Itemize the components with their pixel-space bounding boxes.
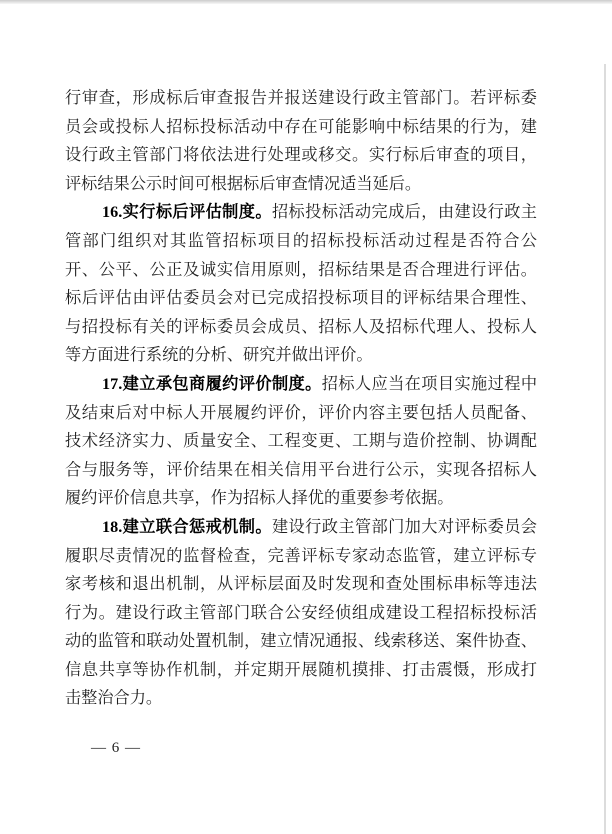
text-line: 管部门组织对其监管招标项目的招标投标活动过程是否符合公: [65, 227, 537, 256]
text-line: 标后评估由评估委员会对已完成招投标项目的评标结果合理性、: [65, 284, 537, 313]
paragraph-heading-18: 18.建立联合惩戒机制。: [102, 518, 272, 536]
text-line-body: 建设行政主管部门加大对评标委员会: [272, 518, 537, 536]
text-line: 及结束后对中标人开展履约评价，评价内容主要包括人员配备、: [65, 399, 537, 428]
text-line: 履约评价信息共享，作为招标人择优的重要参考依据。: [65, 484, 537, 513]
text-line: 击整治合力。: [65, 684, 537, 713]
paragraph-heading-17: 17.建立承包商履约评价制度。: [102, 375, 322, 393]
text-line: 员会或投标人招标投标活动中存在可能影响中标结果的行为，建: [65, 113, 537, 142]
text-line: 17.建立承包商履约评价制度。招标人应当在项目实施过程中: [65, 370, 537, 399]
text-line: 等方面进行系统的分析、研究并做出评价。: [65, 341, 537, 370]
text-line: 行为。建设行政主管部门联合公安经侦组成建设工程招标投标活: [65, 599, 537, 628]
text-line: 评标结果公示时间可根据标后审查情况适当延后。: [65, 170, 537, 199]
text-line: 行审查，形成标后审查报告并报送建设行政主管部门。若评标委: [65, 84, 537, 113]
text-line: 16.实行标后评估制度。招标投标活动完成后，由建设行政主: [65, 198, 537, 227]
text-line: 家考核和退出机制，从评标层面及时发现和查处围标串标等违法: [65, 570, 537, 599]
text-line: 信息共享等协作机制，并定期开展随机摸排、打击震慑，形成打: [65, 656, 537, 685]
text-line-body: 招标投标活动完成后，由建设行政主: [272, 203, 537, 221]
page-number: — 6 —: [91, 739, 141, 757]
document-page: 行审查，形成标后审查报告并报送建设行政主管部门。若评标委 员会或投标人招标投标活…: [0, 0, 612, 834]
text-line: 18.建立联合惩戒机制。建设行政主管部门加大对评标委员会: [65, 513, 537, 542]
text-line: 设行政主管部门将依法进行处理或移交。实行标后审查的项目，: [65, 141, 537, 170]
text-line: 动的监管和联动处置机制，建立情况通报、线索移送、案件协查、: [65, 627, 537, 656]
text-line: 合与服务等，评价结果在相关信用平台进行公示，实现各招标人: [65, 456, 537, 485]
text-line: 开、公平、公正及诚实信用原则，招标结果是否合理进行评估。: [65, 256, 537, 285]
text-line: 与招投标有关的评标委员会成员、招标人及招标代理人、投标人: [65, 313, 537, 342]
text-block: 行审查，形成标后审查报告并报送建设行政主管部门。若评标委 员会或投标人招标投标活…: [65, 84, 537, 713]
text-line: 技术经济实力、质量安全、工程变更、工期与造价控制、协调配: [65, 427, 537, 456]
text-line-body: 招标人应当在项目实施过程中: [322, 375, 537, 393]
text-line: 履职尽责情况的监督检查，完善评标专家动态监管，建立评标专: [65, 542, 537, 571]
page-top-edge: [0, 0, 612, 4]
scan-edge-line: [604, 64, 606, 834]
paragraph-heading-16: 16.实行标后评估制度。: [102, 203, 272, 221]
